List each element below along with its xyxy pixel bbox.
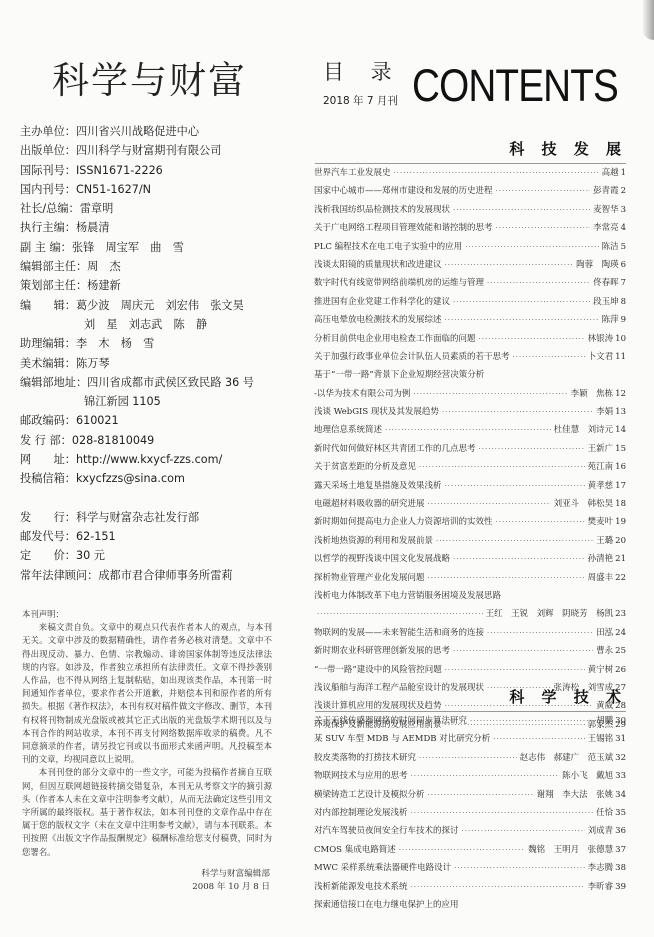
masthead-value: 610021 <box>76 414 119 427</box>
toc-entry[interactable]: 浅析我国纺织品检测技术的发展现状麦智华3 <box>314 203 626 221</box>
toc-entry-author: 周盛丰 <box>588 571 614 583</box>
toc-entry[interactable]: 电磁超材料吸收器的研究进展刘亚斗 韩松昊18 <box>314 497 626 515</box>
toc-entry[interactable]: 关于无线传感器网络的时间同步算法研究胡鹏30 <box>314 714 626 732</box>
notice-paragraph-1: 来稿文责自负。文章中的观点只代表作者本人的观点，与本刊无关。文章中涉及的数据精确… <box>22 621 272 766</box>
masthead-value: 成都市君合律师事务所雷莉 <box>98 569 232 582</box>
toc-entry-author: 麦智华 <box>593 203 619 215</box>
toc-entry-page: 8 <box>621 297 626 307</box>
toc-entry-author: 李志腾 <box>588 861 614 873</box>
masthead-line: 主办单位：四川省兴川战略促进中心 <box>20 122 310 141</box>
issue-date: 2018 年 7 月刊 <box>323 93 398 108</box>
toc-entry[interactable]: 分析目前供电企业用电检查工作面临的问题林银涛10 <box>314 332 626 350</box>
masthead-line: 邮发代号：62-151 <box>20 527 310 546</box>
masthead-value: 李 木 杨 雪 <box>76 337 154 350</box>
toc-entry-title: 国家中心城市——郑州市建设和发展的历史进程 <box>314 184 493 196</box>
masthead-line: 编辑部地址：四川省成都市武侯区致民路 36 号 <box>20 373 310 392</box>
toc-entry-author: 陶蓉 陶瑛 <box>576 258 619 270</box>
toc-entry-page: 37 <box>615 845 626 855</box>
toc-entry[interactable]: 某 SUV 车型 MDB 与 AEMDB 对比研究分析王锡铭31 <box>314 732 626 750</box>
masthead-label: 美术编辑： <box>20 354 76 373</box>
toc-entry[interactable]: 浅析电力体制改革下电力营销服务困境及发展思路 <box>314 589 626 607</box>
leader-dots <box>445 666 585 674</box>
toc-entry-title: 关于无线传感器网络的时间同步算法研究 <box>314 714 467 726</box>
toc-entry-author: 陈萍 <box>602 313 619 325</box>
toc-entry[interactable]: 探析物业管理产业化发展问题周盛丰22 <box>314 571 626 589</box>
toc-entry-page: 30 <box>615 716 626 726</box>
toc-entry-title: 关于贫富差距的分析及意见 <box>314 460 416 472</box>
masthead-line: 国内刊号：CN51-1627/N <box>20 180 310 199</box>
toc-entry-page: 35 <box>615 808 626 818</box>
toc-entry[interactable]: 推进国有企业党建工作科学化的建议段玉坤8 <box>314 295 626 313</box>
masthead-value: kxycfzzs@sina.com <box>76 472 185 485</box>
leader-dots <box>487 629 593 637</box>
toc-entry[interactable]: 高压电晕放电检测技术的发展综述陈萍9 <box>314 313 626 331</box>
toc-entry-title: 浅谈太阳镜的质量现状和改进建议 <box>314 258 442 270</box>
toc-entry-title: 关于广电网络工程项目管理效能和谐控制的思考 <box>314 221 493 233</box>
masthead-line: 投稿信箱：kxycfzzs@sina.com <box>20 469 310 488</box>
toc-entry-title: 物联网技术与应用的思考 <box>314 769 408 781</box>
section-title-science-technology: 科 学 技 术 <box>509 686 627 707</box>
masthead-value: 四川省成都市武侯区致民路 36 号 <box>87 376 254 389</box>
masthead-label: 出版单位： <box>20 141 76 160</box>
toc-entry-page: 23 <box>615 609 626 619</box>
toc-entry-author: 曹永 <box>596 644 613 656</box>
masthead-value: 科学与财富杂志社发行部 <box>76 511 199 524</box>
toc-entry-page: 38 <box>615 863 626 873</box>
toc-entry-author: 林银涛 <box>588 332 614 344</box>
toc-entry[interactable]: “一带一路”建设中的风险管控问题黄宁树26 <box>314 663 626 681</box>
toc-entry-title: 物联网的发展——未来智能生活和商务的连接 <box>314 626 484 638</box>
toc-entry-page: 12 <box>615 389 626 399</box>
leader-dots <box>453 647 593 655</box>
toc-entry-page: 20 <box>615 536 626 546</box>
toc-entry-title: 浅议船舶与海洋工程产品舱室设计的发展现状 <box>314 681 484 693</box>
toc-entry-author: 王新广 <box>588 442 614 454</box>
leader-dots <box>419 463 585 471</box>
leader-dots <box>496 224 591 232</box>
toc-entry[interactable]: 关于加强行政事业单位会计队伍人员素质的若干思考卜文君11 <box>314 350 626 368</box>
leader-dots <box>454 864 585 872</box>
toc-entry-page: 10 <box>615 334 626 344</box>
masthead-line: 助理编辑：李 木 杨 雪 <box>20 334 310 353</box>
masthead-line: 邮政编码：610021 <box>20 411 310 430</box>
leader-dots <box>413 390 567 398</box>
toc-entry-page: 7 <box>621 278 626 288</box>
masthead-label: 策划部主任： <box>20 276 87 295</box>
magazine-title: 科学与财富 <box>52 50 247 104</box>
toc-entry[interactable]: 浅析地热资源的利用和发展前景王璐20 <box>314 534 626 552</box>
masthead-value: 锦江新园 1105 <box>84 395 161 408</box>
leader-dots <box>453 555 585 563</box>
toc-entry-title: 推进国有企业党建工作科学化的建议 <box>314 295 450 307</box>
toc-entry-author: 李颖 焦栋 <box>571 387 614 399</box>
toc-entry-author: 谢翔 李大法 张姚 <box>537 788 614 800</box>
toc-entry-page: 25 <box>615 646 626 656</box>
toc-entry-title: 露天采场土地复垦措施及效果浅析 <box>314 479 442 491</box>
masthead-label: 国际刊号： <box>20 161 76 180</box>
toc-entry-title: CMOS 集成电路简述 <box>314 843 396 855</box>
toc-entry[interactable]: 国家中心城市——郑州市建设和发展的历史进程彭青霞2 <box>314 184 626 202</box>
masthead-value: 62-151 <box>76 530 116 543</box>
signature-name: 科学与财富编辑部 <box>170 868 270 881</box>
toc-entry-author: 任恰 <box>596 806 613 818</box>
leader-dots <box>436 537 593 545</box>
masthead-value: 30 元 <box>76 549 105 562</box>
masthead-line: 刘 星 刘志武 陈 静 <box>20 315 310 334</box>
toc-entry-page: 4 <box>621 223 626 233</box>
leader-dots <box>479 445 585 453</box>
signature-date: 2008 年 10 月 8 日 <box>170 881 270 894</box>
section-divider <box>315 711 626 712</box>
toc-entry-page: 19 <box>615 517 626 527</box>
toc-entry-title: 世界汽车工业发展史 <box>314 166 391 178</box>
leader-dots <box>317 610 483 618</box>
toc-entry-author: 苑江南 <box>588 460 614 472</box>
masthead-line: 策划部主任：杨建新 <box>20 276 310 295</box>
masthead-label: 编辑部地址： <box>20 373 87 392</box>
toc-entry-title: MWC 采样系统乘法器硬件电路设计 <box>314 861 451 873</box>
leader-dots <box>399 846 525 854</box>
toc-entry-title: 电磁超材料吸收器的研究进展 <box>314 497 425 509</box>
toc-entry-title: 以哲学的视野浅谈中国文化发展战略 <box>314 552 450 564</box>
masthead-value: 杨建新 <box>87 279 121 292</box>
publisher-notice: 本刊声明： 来稿文责自负。文章中的观点只代表作者本人的观点，与本刊无关。文章中涉… <box>22 608 272 859</box>
toc-entry-author: 李昕睿 <box>588 880 614 892</box>
toc-entry[interactable]: 基于“一带一路”背景下企业短期经营决策分析 <box>314 368 626 386</box>
toc-entry-title: 高压电晕放电检测技术的发展综述 <box>314 313 442 325</box>
toc-entry-author: 王璐 <box>596 534 613 546</box>
toc-entry-author: 黄宁树 <box>588 663 614 675</box>
leader-dots <box>465 243 598 251</box>
toc-entry-page: 34 <box>615 790 626 800</box>
toc-entry-page: 15 <box>615 444 626 454</box>
toc-entry[interactable]: CMOS 集成电路简述魏铭 王明月 张德慧37 <box>314 843 626 861</box>
toc-entry-author: 刘成青 <box>588 824 614 836</box>
masthead-line: 国际刊号：ISSN1671-2226 <box>20 161 310 180</box>
masthead-label: 定 价： <box>20 546 76 565</box>
section-divider <box>315 163 626 164</box>
toc-entry-title: 浅析电力体制改革下电力营销服务困境及发展思路 <box>314 589 501 601</box>
toc-entry-author: 陈洁 <box>602 240 619 252</box>
toc-entry-title: -以华为技术有限公司为例 <box>314 387 410 399</box>
toc-entry-page: 32 <box>615 753 626 763</box>
masthead-label: 网 址： <box>20 450 76 469</box>
toc-entry[interactable]: MWC 采样系统乘法器硬件电路设计李志腾38 <box>314 861 626 879</box>
masthead-line: 美术编辑：陈万琴 <box>20 354 310 373</box>
leader-dots <box>411 809 594 817</box>
masthead-label: 编 辑： <box>20 296 76 315</box>
toc-entry-page: 36 <box>615 826 626 836</box>
toc-entry[interactable]: 对内部控制理论发展浅析任恰35 <box>314 806 626 824</box>
toc-entry-author: 樊麦叶 <box>588 515 614 527</box>
toc-entry-title: 新时期如何提高电力企业人力资源培训的实效性 <box>314 515 493 527</box>
toc-entry-page: 13 <box>615 407 626 417</box>
toc-entry[interactable]: 关于贫富差距的分析及意见苑江南16 <box>314 460 626 478</box>
leader-dots <box>419 754 517 762</box>
masthead-line: 锦江新园 1105 <box>20 392 310 411</box>
leader-dots <box>442 408 593 416</box>
masthead-label: 国内刊号： <box>20 180 76 199</box>
masthead-line: 网 址：http://www.kxycf-zzs.com/ <box>20 450 310 469</box>
toc-entry[interactable]: 关于广电网络工程项目管理效能和谐控制的思考李常亮4 <box>314 221 626 239</box>
leader-dots <box>445 316 599 324</box>
toc-entry-author: 赵志伟 郝建广 范玉斌 <box>520 751 614 763</box>
masthead-line: 副 主 编：张锋 周宝军 曲 雪 <box>20 238 310 257</box>
masthead-value: 陈万琴 <box>76 357 110 370</box>
masthead-value: 周 杰 <box>87 260 121 273</box>
toc-entry-author: 王红 王锐 刘辉 阴晓芳 杨凯 <box>486 607 614 619</box>
contents-heading: CONTENTS <box>412 60 618 112</box>
masthead-label: 副 主 编： <box>20 238 72 257</box>
toc-entry-author: 段玉坤 <box>593 295 619 307</box>
leader-dots <box>513 353 585 361</box>
masthead-value: CN51-1627/N <box>76 183 151 196</box>
toc-entry-title: 分析目前供电企业用电检查工作面临的问题 <box>314 332 476 344</box>
toc-list-science-technology: 关于无线传感器网络的时间同步算法研究胡鹏30某 SUV 车型 MDB 与 AEM… <box>314 714 626 916</box>
masthead-value: ISSN1671-2226 <box>76 164 163 177</box>
leader-dots <box>445 261 574 269</box>
leader-dots <box>394 169 599 177</box>
toc-entry-author: 刘亚斗 韩松昊 <box>554 497 614 509</box>
toc-entry[interactable]: 物联网的发展——未来智能生活和商务的连接田泓24 <box>314 626 626 644</box>
masthead-line: 发 行：科学与财富杂志社发行部 <box>20 508 310 527</box>
masthead: 主办单位：四川省兴川战略促进中心出版单位：四川科学与财富期刊有限公司国际刊号：I… <box>20 122 310 585</box>
masthead-line: 定 价：30 元 <box>20 546 310 565</box>
masthead-label: 编辑部主任： <box>20 257 87 276</box>
toc-entry[interactable]: 胶皮类落物的打捞技术研究赵志伟 郝建广 范玉斌32 <box>314 751 626 769</box>
toc-entry-title: 探索通信接口在电力继电保护上的应用 <box>314 898 459 910</box>
toc-entry-page: 1 <box>621 168 626 178</box>
toc-entry-page: 21 <box>615 554 626 564</box>
masthead-label: 投稿信箱： <box>20 469 76 488</box>
masthead-label: 主办单位： <box>20 122 76 141</box>
masthead-label: 邮发代号： <box>20 527 76 546</box>
toc-entry-title: 数字时代有线宽带网络前端机房的运维与管理 <box>314 276 484 288</box>
leader-dots <box>470 717 593 725</box>
leader-dots <box>453 298 590 306</box>
leader-dots <box>496 518 585 526</box>
toc-entry-author: 孙清艳 <box>588 552 614 564</box>
masthead-label: 常年法律顾问： <box>20 566 98 585</box>
toc-entry-author: 魏铭 王明月 张德慧 <box>528 843 613 855</box>
toc-entry-page: 14 <box>615 425 626 435</box>
leader-dots <box>462 827 585 835</box>
toc-entry[interactable]: 对汽车驾驶员夜间安全行车技术的探讨刘成青36 <box>314 824 626 842</box>
toc-entry-author: 李常亮 <box>593 221 619 233</box>
section-title-tech-development: 科 技 发 展 <box>509 138 627 159</box>
page-edge-shadow <box>642 0 654 40</box>
notice-paragraph-2: 本刊刊登的部分文章中的一些文字，可能为投稿作者摘自互联网，但因互联网超链接转摘交… <box>22 766 272 858</box>
toc-entry-author: 陈小飞 戴旭 <box>562 769 613 781</box>
toc-entry[interactable]: 横梁铸造工艺设计及模拟分析谢翔 李大法 张姚34 <box>314 788 626 806</box>
leader-dots <box>411 883 585 891</box>
masthead-value: 刘 星 刘志武 陈 静 <box>84 318 207 331</box>
toc-entry[interactable]: 新时期如何提高电力企业人力资源培训的实效性樊麦叶19 <box>314 515 626 533</box>
leader-dots <box>428 574 585 582</box>
masthead-label: 助理编辑： <box>20 334 76 353</box>
toc-entry[interactable]: 浅析新能源发电技术系统李昕睿39 <box>314 880 626 898</box>
toc-entry[interactable]: -以华为技术有限公司为例李颖 焦栋12 <box>314 387 626 405</box>
toc-entry-page: 33 <box>615 771 626 781</box>
toc-entry-page: 24 <box>615 628 626 638</box>
toc-entry-page: 3 <box>621 205 626 215</box>
toc-entry-page: 31 <box>615 734 626 744</box>
toc-entry[interactable]: 王红 王锐 刘辉 阴晓芳 杨凯23 <box>314 607 626 625</box>
toc-entry-title: 横梁铸造工艺设计及模拟分析 <box>314 788 425 800</box>
leader-dots <box>493 735 584 743</box>
toc-entry[interactable]: 露天采场土地复垦措施及效果浅析黄孝慈17 <box>314 479 626 497</box>
toc-entry[interactable]: 浅谈太阳镜的质量现状和改进建议陶蓉 陶瑛6 <box>314 258 626 276</box>
toc-entry-title: “一带一路”建设中的风险管控问题 <box>314 663 442 675</box>
masthead-label: 邮政编码： <box>20 411 76 430</box>
masthead-value: http://www.kxycf-zzs.com/ <box>76 453 222 466</box>
masthead-line: 社长/总编：雷章明 <box>20 199 310 218</box>
leader-dots <box>496 187 591 195</box>
toc-entry[interactable]: 以哲学的视野浅谈中国文化发展战略孙清艳21 <box>314 552 626 570</box>
notice-signature: 科学与财富编辑部 2008 年 10 月 8 日 <box>170 868 270 894</box>
toc-entry-author: 李娟 <box>596 405 613 417</box>
spacer <box>20 489 310 508</box>
toc-entry-author: 田泓 <box>596 626 613 638</box>
toc-entry-page: 6 <box>621 260 626 270</box>
toc-entry-title: 基于“一带一路”背景下企业短期经营决策分析 <box>314 368 484 380</box>
masthead-label: 社长/总编： <box>20 199 80 218</box>
leader-dots <box>385 426 551 434</box>
toc-entry-page: 26 <box>615 665 626 675</box>
masthead-value: 四川省兴川战略促进中心 <box>76 125 199 138</box>
toc-entry-page: 17 <box>615 481 626 491</box>
toc-entry[interactable]: 世界汽车工业发展史高越1 <box>314 166 626 184</box>
toc-entry-title: 新时期农业科研管理创新发展的思考 <box>314 644 450 656</box>
masthead-line: 出版单位：四川科学与财富期刊有限公司 <box>20 141 310 160</box>
masthead-value: 葛少波 周庆元 刘宏伟 张文昊 <box>76 299 244 312</box>
masthead-label: 执行主编： <box>20 218 76 237</box>
toc-entry-title: 浅析地热资源的利用和发展前景 <box>314 534 433 546</box>
toc-entry-author: 杜佳慧 刘诗元 <box>554 423 614 435</box>
toc-list-tech-development: 世界汽车工业发展史高越1国家中心城市——郑州市建设和发展的历史进程彭青霞2浅析我… <box>314 166 626 736</box>
masthead-label: 发 行： <box>20 508 76 527</box>
masthead-line: 编辑部主任：周 杰 <box>20 257 310 276</box>
toc-entry-author: 黄孝慈 <box>588 479 614 491</box>
toc-entry[interactable]: 数字时代有线宽带网络前端机房的运维与管理佟春晖7 <box>314 276 626 294</box>
toc-entry-page: 39 <box>615 882 626 892</box>
masthead-value: 四川科学与财富期刊有限公司 <box>76 144 221 157</box>
toc-entry[interactable]: PLC 编程技术在电工电子实验中的应用陈洁5 <box>314 240 626 258</box>
toc-entry-title: 探析物业管理产业化发展问题 <box>314 571 425 583</box>
toc-entry-page: 11 <box>615 352 626 362</box>
notice-heading: 本刊声明： <box>22 608 272 621</box>
leader-dots <box>445 482 585 490</box>
toc-entry-author: 高越 <box>602 166 619 178</box>
masthead-line: 执行主编：杨晨清 <box>20 218 310 237</box>
toc-entry[interactable]: 地理信息系统简述杜佳慧 刘诗元14 <box>314 423 626 441</box>
toc-entry-author: 佟春晖 <box>593 276 619 288</box>
toc-entry-author: 卜文君 <box>588 350 614 362</box>
toc-entry-title: 地理信息系统简述 <box>314 423 382 435</box>
leader-dots <box>428 791 534 799</box>
toc-entry-author: 胡鹏 <box>596 714 613 726</box>
toc-entry[interactable]: 新时代如何做好林区共青团工作的几点思考王新广15 <box>314 442 626 460</box>
toc-entry-title: 胶皮类落物的打捞技术研究 <box>314 751 416 763</box>
toc-entry-page: 2 <box>621 186 626 196</box>
masthead-line: 发 行 部：028-81810049 <box>20 431 310 450</box>
masthead-label: 发 行 部： <box>20 431 72 450</box>
toc-heading: 目 录 <box>323 56 402 86</box>
toc-entry-title: 浅析新能源发电技术系统 <box>314 880 408 892</box>
toc-entry-page: 5 <box>621 242 626 252</box>
toc-entry[interactable]: 探索通信接口在电力继电保护上的应用 <box>314 898 626 916</box>
toc-entry-title: 关于加强行政事业单位会计队伍人员素质的若干思考 <box>314 350 510 362</box>
leader-dots <box>479 335 585 343</box>
toc-entry-title: 对内部控制理论发展浅析 <box>314 806 408 818</box>
leader-dots <box>487 279 590 287</box>
leader-dots <box>453 206 590 214</box>
leader-dots <box>411 772 560 780</box>
masthead-line: 编 辑：葛少波 周庆元 刘宏伟 张文昊 <box>20 296 310 315</box>
toc-entry-title: 浅谈计算机应用的发展现状及趋势 <box>314 699 442 711</box>
toc-entry-title: 对汽车驾驶员夜间安全行车技术的探讨 <box>314 824 459 836</box>
masthead-value: 028-81810049 <box>72 434 154 447</box>
toc-entry-author: 王锡铭 <box>588 732 614 744</box>
toc-entry-author: 彭青霞 <box>593 184 619 196</box>
toc-entry-page: 22 <box>615 573 626 583</box>
toc-entry-title: 浅析我国纺织品检测技术的发展现状 <box>314 203 450 215</box>
toc-entry[interactable]: 新时期农业科研管理创新发展的思考曹永25 <box>314 644 626 662</box>
toc-entry-title: 某 SUV 车型 MDB 与 AEMDB 对比研究分析 <box>314 732 490 744</box>
masthead-line: 常年法律顾问：成都市君合律师事务所雷莉 <box>20 566 310 585</box>
toc-entry-title: 浅谈 WebGIS 现状及其发展趋势 <box>314 405 439 417</box>
masthead-value: 张锋 周宝军 曲 雪 <box>72 241 184 254</box>
toc-entry-title: 新时代如何做好林区共青团工作的几点思考 <box>314 442 476 454</box>
toc-entry-title: PLC 编程技术在电工电子实验中的应用 <box>314 240 462 252</box>
toc-entry[interactable]: 浅谈 WebGIS 现状及其发展趋势李娟13 <box>314 405 626 423</box>
masthead-value: 杨晨清 <box>76 221 110 234</box>
masthead-value: 雷章明 <box>80 202 114 215</box>
toc-entry[interactable]: 物联网技术与应用的思考陈小飞 戴旭33 <box>314 769 626 787</box>
toc-entry-page: 18 <box>615 499 626 509</box>
leader-dots <box>428 500 551 508</box>
toc-entry-page: 16 <box>615 462 626 472</box>
toc-entry-page: 9 <box>621 315 626 325</box>
